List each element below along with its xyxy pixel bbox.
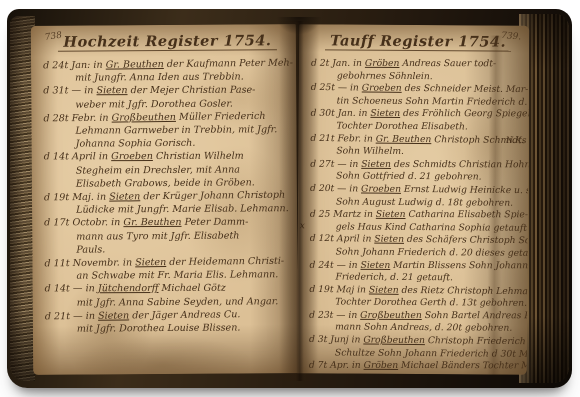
left-page-title: Hochzeit Register 1754. xyxy=(58,32,276,52)
entry-date: d 12t April in xyxy=(310,233,372,245)
entry-text: Michael Götz xyxy=(162,283,226,294)
entry-place: Großbeuthen xyxy=(363,335,425,347)
entry-line: d 24t Jan: in Gr. Beuthen der Kaufmann P… xyxy=(43,57,292,73)
marriage-entry: d 14t — in Jütchendorff Michael Götz mit… xyxy=(45,282,294,310)
entry-date: d 27t — in xyxy=(310,158,358,169)
entry-date: d 14t April in xyxy=(44,152,108,163)
entry-date: d 19t Maj in xyxy=(309,284,366,296)
entry-continuation: Lehmann Garnweber in Trebbin, mit Jgfr. xyxy=(43,123,292,138)
entry-date: d 24t — in xyxy=(310,259,358,270)
entry-text: Michael Bänders Tochter Maria xyxy=(401,360,529,371)
entry-place: Gröben xyxy=(365,58,400,69)
entry-line: d 12t April in Sieten des Schäfers Chris… xyxy=(310,233,524,248)
entry-text: der Heidemann Christi- xyxy=(169,256,284,268)
entry-line: d 31t — in Sieten der Mejer Christian Pa… xyxy=(43,84,292,98)
entry-place: Gr. Beuthen xyxy=(123,217,181,228)
entry-place: Sieten xyxy=(135,257,166,268)
entry-text: des Schäfers Christoph Schuffels xyxy=(407,234,529,247)
entry-text: Sohn Bartel Andreas Pape- xyxy=(425,310,530,321)
left-page: 738 Hochzeit Register 1754. d 24t Jan: i… xyxy=(31,24,298,375)
marriage-entry: d 24t Jan: in Gr. Beuthen der Kaufmann P… xyxy=(43,57,292,85)
entry-line: d 17t Octobr. in Gr. Beuthen Peter Damm- xyxy=(44,216,293,230)
entry-date: d 11t Novembr. in xyxy=(44,257,132,269)
entry-line: d 24t — in Sieten Martin Blissens Sohn J… xyxy=(310,259,524,272)
photo-of-open-register-book: 738 Hochzeit Register 1754. d 24t Jan: i… xyxy=(0,0,580,397)
entry-date: d 30t Jan. in xyxy=(311,108,368,119)
entry-place: Gr. Beuthen xyxy=(376,133,432,145)
entry-line: d 14t — in Jütchendorff Michael Götz xyxy=(45,282,294,296)
entry-place: Großbeuthen xyxy=(112,112,176,124)
marriage-entry: d 21t — in Sieten der Jäger Andreas Cu. … xyxy=(45,308,294,336)
entry-date: d 24t Jan: in xyxy=(43,60,103,72)
entry-place: Sieten xyxy=(374,234,404,245)
right-page-title: Tauff Register 1754. xyxy=(325,32,511,51)
marriage-entries: d 24t Jan: in Gr. Beuthen der Kaufmann P… xyxy=(43,57,294,336)
left-page-content: 738 Hochzeit Register 1754. d 24t Jan: i… xyxy=(31,24,298,375)
entry-date: d 23t — in xyxy=(309,310,357,321)
right-page-number: 739. xyxy=(501,31,522,43)
left-page-header: 738 Hochzeit Register 1754. xyxy=(43,30,292,56)
entry-line: d 30t Jan. in Sieten des Fröhlich Georg … xyxy=(311,108,525,121)
entry-line: d 7t Apr. in Gröben Michael Bänders Toch… xyxy=(309,360,523,373)
right-page: Tauff Register 1754. 739. d 2t Jan. in G… xyxy=(297,24,529,375)
right-page-header: Tauff Register 1754. 739. xyxy=(311,30,525,55)
entry-line: d 27t — in Sieten des Schmidts Christian… xyxy=(310,158,524,171)
entry-place: Groeben xyxy=(362,83,402,94)
entry-place: Sieten xyxy=(369,284,399,295)
baptism-entry: d 30t Jan. in Sieten des Fröhlich Georg … xyxy=(310,108,524,135)
entry-line: d 21t Febr. in Gr. Beuthen Christoph Sch… xyxy=(310,132,524,147)
entry-text: Müller Friederich xyxy=(179,111,266,123)
entry-text: des Rietz Christoph Lehmanns xyxy=(402,285,530,297)
entry-place: Groeben xyxy=(361,183,401,194)
entry-line: d 23t — in Großbeuthen Sohn Bartel Andre… xyxy=(309,310,523,323)
entry-place: Sieten xyxy=(361,159,391,170)
entry-text: Christian Wilhelm xyxy=(156,151,244,162)
marriage-entry: d 17t Octobr. in Gr. Beuthen Peter Damm-… xyxy=(44,216,293,257)
entry-text: Catharina Elisabeth Spie- xyxy=(408,209,528,220)
entry-line: d 3t Junj in Großbeuthen Christoph Fried… xyxy=(309,334,523,349)
entry-line: d 20t — in Groeben Ernst Ludwig Heinicke… xyxy=(310,183,524,198)
entry-text: Ernst Ludwig Heinicke u. s. xyxy=(404,184,529,196)
entry-date: d 19t Maj. in xyxy=(44,192,106,204)
entry-line: d 14t April in Groeben Christian Wilhelm xyxy=(44,150,293,164)
baptism-entry: d 7t Apr. in Gröben Michael Bänders Toch… xyxy=(309,360,523,375)
baptism-entry: d 23t — in Großbeuthen Sohn Bartel Andre… xyxy=(309,309,523,336)
margin-note: x xyxy=(300,221,305,231)
entry-text: Andreas Sauer todt- xyxy=(402,58,496,69)
entry-text: Peter Damm- xyxy=(185,217,249,228)
entry-continuation: mit Jgfr. Dorothea Louise Blissen. xyxy=(45,321,294,336)
marriage-entry: d 28t Febr. in Großbeuthen Müller Friede… xyxy=(43,110,292,151)
baptism-entry: d 12t April in Sieten des Schäfers Chris… xyxy=(310,234,524,261)
entry-date: d 2t Jan. in xyxy=(311,58,362,69)
baptism-entry: d 24t — in Sieten Martin Blissens Sohn J… xyxy=(309,259,523,286)
entry-place: Sieten xyxy=(361,259,391,270)
entry-text: des Schneider Meist. Mar- xyxy=(405,83,529,95)
right-page-content: Tauff Register 1754. 739. d 2t Jan. in G… xyxy=(297,24,529,375)
entry-text: Christoph Friederich Arlt xyxy=(428,335,529,347)
entry-date: d 3t Junj in xyxy=(309,334,361,346)
entry-text: der Jäger Andreas Cu. xyxy=(132,309,240,321)
entry-date: d 7t Apr. in xyxy=(309,360,361,371)
baptism-entry: d 20t — in Groeben Ernst Ludwig Heinicke… xyxy=(310,183,524,210)
entry-date: d 28t Febr. in xyxy=(43,112,108,124)
entry-date: d 21t Febr. in xyxy=(310,132,372,144)
entry-date: d 20t — in xyxy=(310,183,358,195)
entry-place: Sieten xyxy=(376,209,406,220)
book-cover: 738 Hochzeit Register 1754. d 24t Jan: i… xyxy=(7,9,572,388)
entry-place: Sieten xyxy=(109,191,140,202)
entry-date: d 21t — in xyxy=(45,311,95,323)
marriage-entry: d 31t — in Sieten der Mejer Christian Pa… xyxy=(43,84,292,112)
entry-line: d 25 Martz in Sieten Catharina Elisabeth… xyxy=(310,209,524,222)
baptism-entry: d 27t — in Sieten des Schmidts Christian… xyxy=(310,158,524,185)
entry-text: des Fröhlich Georg Spiegels xyxy=(403,108,529,119)
marriage-entry: d 14t April in Groeben Christian Wilhelm… xyxy=(44,150,293,191)
entry-text: der Mejer Christian Pase- xyxy=(131,85,256,96)
entry-line: d 28t Febr. in Großbeuthen Müller Friede… xyxy=(43,109,292,125)
entry-line: d 19t Maj in Sieten des Rietz Christoph … xyxy=(309,284,523,299)
entry-date: d 17t Octobr. in xyxy=(44,218,120,229)
entry-text: des Schmidts Christian Hohmanns xyxy=(394,159,529,170)
entry-line: d 25t — in Groeben des Schneider Meist. … xyxy=(311,82,525,97)
entry-date: d 25t — in xyxy=(311,82,359,94)
entry-text: Martin Blissens Sohn Johann xyxy=(393,259,528,270)
entry-text: der Kaufmann Peter Meh- xyxy=(167,58,293,70)
marriage-entry: d 19t Maj. in Sieten der Krüger Johann C… xyxy=(44,189,293,217)
baptism-entry: d 2t Jan. in Gröben Andreas Sauer todt- … xyxy=(311,57,525,84)
entry-place: Sieten xyxy=(98,310,129,321)
baptism-entries: d 2t Jan. in Gröben Andreas Sauer todt- … xyxy=(309,57,525,375)
entry-line: d 2t Jan. in Gröben Andreas Sauer todt- xyxy=(311,58,525,71)
entry-line: d 21t — in Sieten der Jäger Andreas Cu. xyxy=(45,307,294,323)
entry-place: Großbeuthen xyxy=(360,310,422,321)
marriage-entry: d 11t Novembr. in Sieten der Heidemann C… xyxy=(44,255,293,283)
entry-text: Christoph Schmidts xyxy=(434,134,526,146)
entry-place: Groeben xyxy=(111,151,153,162)
entry-place: Gröben xyxy=(364,360,399,371)
baptism-entry: x d 25 Martz in Sieten Catharina Elisabe… xyxy=(310,208,524,235)
entry-place: Sieten xyxy=(96,86,127,97)
entry-text: der Krüger Johann Christoph xyxy=(143,190,285,203)
entry-date: d 25 Martz in xyxy=(310,209,373,220)
entry-date: d 31t — in xyxy=(43,86,93,97)
entry-place: Gr. Beuthen xyxy=(106,59,164,71)
entry-date: d 14t — in xyxy=(45,284,95,295)
baptism-entry: d 3t Junj in Großbeuthen Christoph Fried… xyxy=(309,334,523,361)
baptism-entry: N.K. d 21t Febr. in Gr. Beuthen Christop… xyxy=(310,133,524,160)
entry-place: Sieten xyxy=(370,108,400,119)
entry-place: Jütchendorff xyxy=(98,283,159,294)
baptism-entry: d 25t — in Groeben des Schneider Meist. … xyxy=(311,82,525,109)
baptism-entry: d 19t Maj in Sieten des Rietz Christoph … xyxy=(309,284,523,311)
